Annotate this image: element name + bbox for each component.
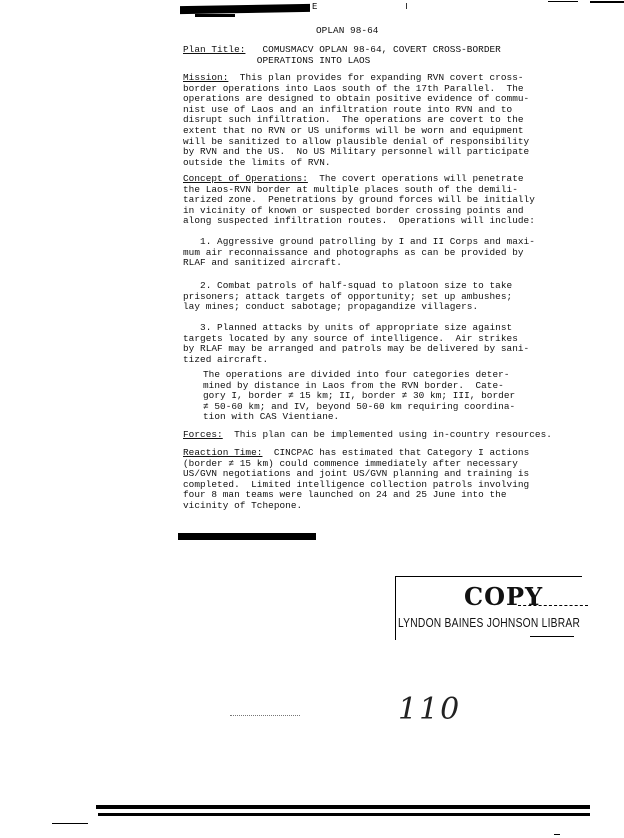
categories-line: mined by distance in Laos from the RVN b…: [203, 380, 504, 391]
reaction-line: (border ≠ 15 km) could commence immediat…: [183, 458, 518, 469]
mission-line: by RVN and the US. No US Military person…: [183, 146, 529, 157]
plan-title-label: Plan Title:: [183, 44, 245, 55]
item-line: tized aircraft.: [183, 354, 268, 365]
categories-line: gory I, border ≠ 15 km; II, border ≠ 30 …: [203, 390, 515, 401]
stamp-border-top: [396, 576, 582, 577]
forces-text: This plan can be implemented using in-co…: [234, 429, 552, 440]
concept-line: in vicinity of known or suspected border…: [183, 205, 524, 216]
reaction-time-section: Reaction Time: CINCPAC has estimated tha…: [183, 448, 529, 512]
mission-line: This plan provides for expanding RVN cov…: [240, 72, 524, 83]
concept-of-operations-section: Concept of Operations: The covert operat…: [183, 174, 535, 227]
operations-item-2: 2. Combat patrols of half-squad to plato…: [183, 281, 512, 313]
mission-label: Mission:: [183, 72, 228, 83]
page-edge-bar: [98, 813, 590, 816]
concept-label: Concept of Operations:: [183, 173, 308, 184]
scan-artifact: [52, 823, 88, 824]
scan-artifact: [548, 1, 578, 2]
mission-line: will be sanitized to allow plausible den…: [183, 136, 529, 147]
concept-line: tarized zone. Penetrations by ground for…: [183, 194, 535, 205]
plan-title-line: COMUSMACV OPLAN 98-64, COVERT CROSS-BORD…: [262, 44, 500, 55]
categories-paragraph: The operations are divided into four cat…: [203, 370, 515, 423]
plan-title-section: Plan Title: COMUSMACV OPLAN 98-64, COVER…: [183, 45, 501, 66]
reaction-time-label: Reaction Time:: [183, 447, 262, 458]
stamp-library-text: LYNDON BAINES JOHNSON LIBRAR: [398, 616, 580, 630]
categories-line: ≠ 50-60 km; and IV, beyond 50-60 km requ…: [203, 401, 515, 412]
concept-line: The covert operations will penetrate: [319, 173, 523, 184]
scan-artifact: [554, 834, 560, 835]
mission-section: Mission: This plan provides for expandin…: [183, 73, 529, 168]
item-line: targets located by any source of intelli…: [183, 333, 518, 344]
categories-line: tion with CAS Vientiane.: [203, 411, 339, 422]
mission-line: outside the limits of RVN.: [183, 157, 331, 168]
reaction-line: vicinity of Tchepone.: [183, 500, 302, 511]
item-line: 1. Aggressive ground patrolling by I and…: [183, 236, 535, 247]
footer-classification-redaction: [178, 533, 316, 540]
scan-artifact: [590, 1, 624, 3]
mission-line: border operations into Laos south of the…: [183, 83, 524, 94]
mission-line: disrupt such infiltration. The operation…: [183, 114, 524, 125]
item-line: 2. Combat patrols of half-squad to plato…: [183, 280, 512, 291]
item-line: by RLAF may be arranged and patrols may …: [183, 343, 529, 354]
page-edge-bar: [96, 805, 590, 809]
concept-line: the Laos-RVN border at multiple places s…: [183, 184, 518, 195]
mission-line: extent that no RVN or US uniforms will b…: [183, 125, 524, 136]
oplan-heading: OPLAN 98-64: [316, 26, 378, 37]
header-classification-redaction: [180, 4, 310, 14]
item-line: prisoners; attack targets of opportunity…: [183, 291, 512, 302]
plan-title-line: OPERATIONS INTO LAOS: [257, 55, 371, 66]
mission-line: nist use of Laos and an infiltration rou…: [183, 104, 512, 115]
reaction-line: US/GVN negotiations and joint US/GVN pla…: [183, 468, 529, 479]
item-line: mum air reconnaissance and photographs a…: [183, 247, 524, 258]
library-copy-stamp: COPY LYNDON BAINES JOHNSON LIBRAR: [394, 574, 594, 640]
reaction-line: completed. Limited intelligence collecti…: [183, 479, 529, 490]
operations-item-1: 1. Aggressive ground patrolling by I and…: [183, 237, 535, 269]
handwritten-page-number: 110: [398, 692, 461, 727]
scan-artifact: [230, 715, 300, 717]
operations-item-3: 3. Planned attacks by units of appropria…: [183, 323, 529, 365]
stamp-border-left: [395, 576, 396, 640]
item-line: lay mines; conduct sabotage; propagandiz…: [183, 301, 478, 312]
forces-label: Forces:: [183, 429, 223, 440]
categories-line: The operations are divided into four cat…: [203, 369, 510, 380]
stamp-dashed-line: [518, 605, 588, 607]
item-line: RLAF and sanitized aircraft.: [183, 257, 342, 268]
concept-line: along suspected infiltration routes. Ope…: [183, 215, 535, 226]
reaction-line: CINCPAC has estimated that Category I ac…: [274, 447, 529, 458]
scan-artifact: [406, 3, 407, 9]
forces-section: Forces: This plan can be implemented usi…: [183, 430, 552, 441]
mission-line: operations are designed to obtain positi…: [183, 93, 529, 104]
item-line: 3. Planned attacks by units of appropria…: [183, 322, 512, 333]
reaction-line: four 8 man teams were launched on 24 and…: [183, 489, 507, 500]
header-marking-suffix: E: [312, 2, 317, 13]
document-page: E OPLAN 98-64 Plan Title: COMUSMACV OPLA…: [0, 0, 624, 838]
header-redaction-stub: [195, 14, 235, 17]
stamp-bottom-line: [530, 636, 574, 637]
